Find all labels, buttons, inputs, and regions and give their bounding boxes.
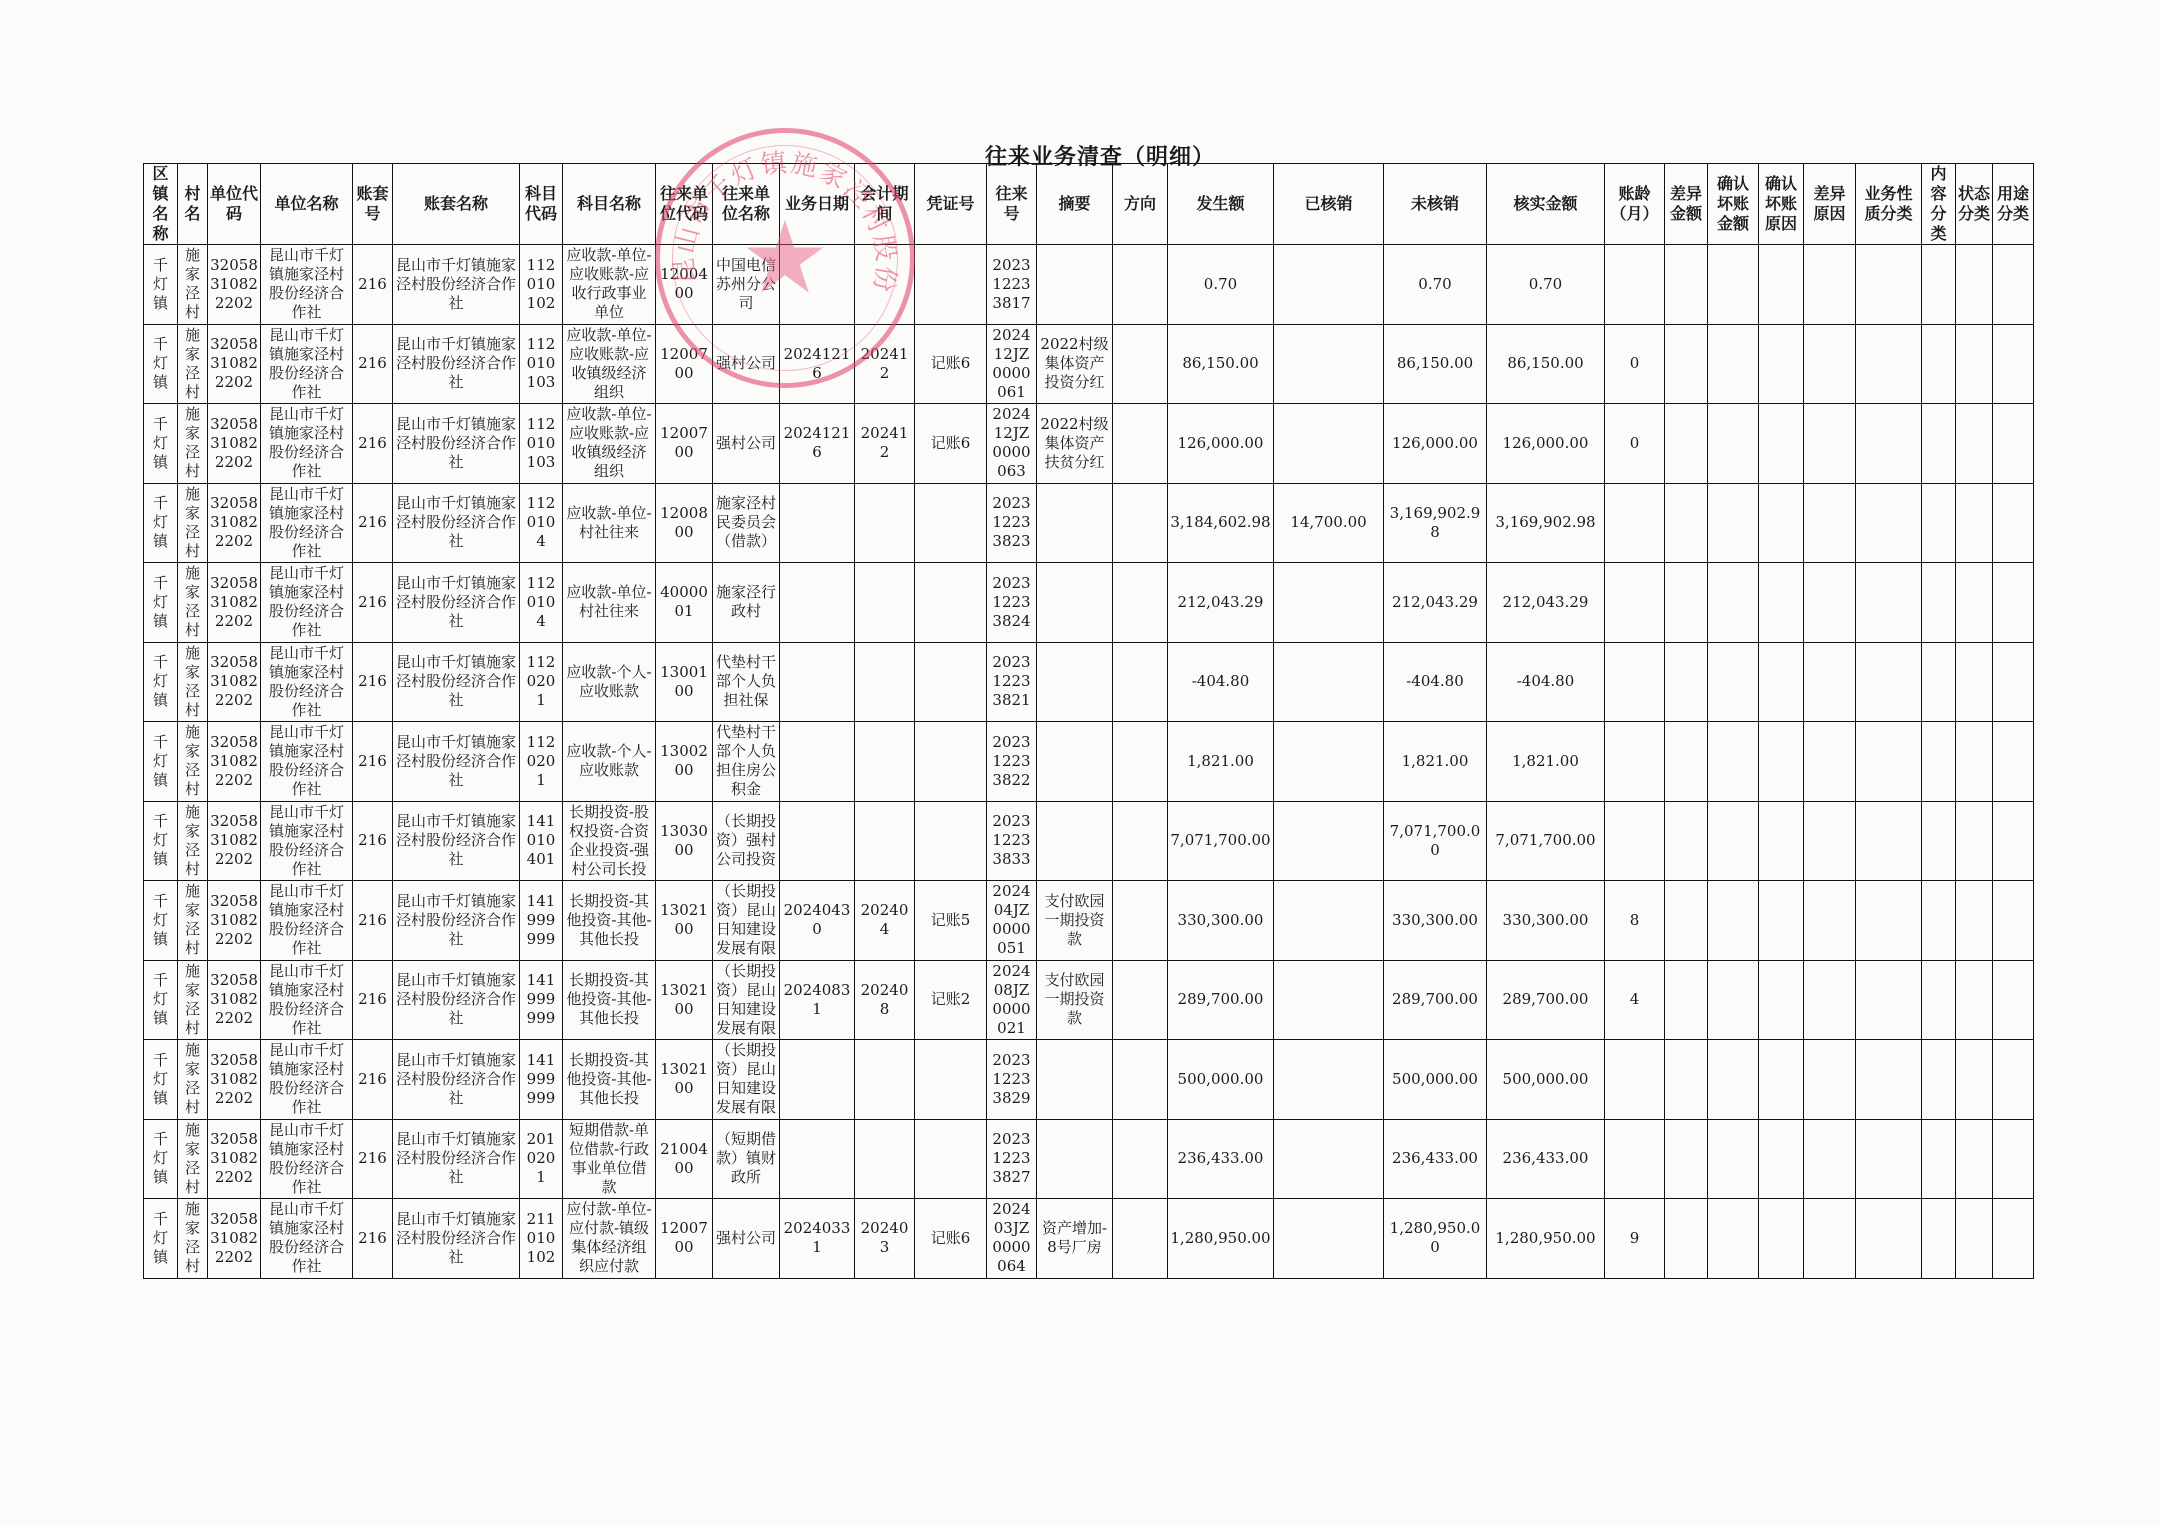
table-cell bbox=[1037, 722, 1113, 802]
table-cell: 1300100 bbox=[656, 642, 713, 722]
column-header: 发生额 bbox=[1168, 164, 1274, 245]
table-cell: 昆山市千灯镇施家泾村股份经济合作社 bbox=[261, 960, 353, 1040]
table-cell bbox=[915, 642, 987, 722]
table-cell bbox=[1856, 404, 1922, 484]
table-cell bbox=[1665, 563, 1708, 643]
table-cell bbox=[1922, 881, 1956, 961]
table-cell bbox=[1922, 1119, 1956, 1199]
table-cell: 32058310822202 bbox=[208, 960, 261, 1040]
table-cell: 202312233821 bbox=[987, 642, 1037, 722]
table-cell bbox=[1804, 404, 1856, 484]
table-cell: 代垫村干部个人负担住房公积金 bbox=[713, 722, 780, 802]
table-cell: 昆山市千灯镇施家泾村股份经济合作社 bbox=[261, 1119, 353, 1199]
table-cell bbox=[1665, 881, 1708, 961]
table-cell bbox=[1856, 483, 1922, 563]
table-cell: 32058310822202 bbox=[208, 324, 261, 404]
table-cell bbox=[1274, 324, 1384, 404]
table-cell: 7,071,700.00 bbox=[1384, 801, 1487, 881]
table-cell: 1302100 bbox=[656, 881, 713, 961]
table-cell: 昆山市千灯镇施家泾村股份经济合作社 bbox=[393, 1119, 520, 1199]
table-cell: 2022村级集体资产扶贫分红 bbox=[1037, 404, 1113, 484]
table-cell: 1120104 bbox=[520, 483, 563, 563]
table-cell bbox=[1605, 1040, 1665, 1120]
table-cell: 202408JZ0000021 bbox=[987, 960, 1037, 1040]
table-cell: 2100400 bbox=[656, 1119, 713, 1199]
table-row: 千灯镇施家泾村32058310822202昆山市千灯镇施家泾村股份经济合作社21… bbox=[144, 801, 2034, 881]
table-cell bbox=[1605, 483, 1665, 563]
table-cell bbox=[780, 1119, 855, 1199]
table-cell bbox=[1856, 1040, 1922, 1120]
table-cell bbox=[1708, 642, 1759, 722]
table-cell bbox=[1856, 722, 1922, 802]
table-cell: 昆山市千灯镇施家泾村股份经济合作社 bbox=[261, 245, 353, 325]
table-cell bbox=[1922, 801, 1956, 881]
column-header: 区镇名称 bbox=[144, 164, 178, 245]
table-row: 千灯镇施家泾村32058310822202昆山市千灯镇施家泾村股份经济合作社21… bbox=[144, 563, 2034, 643]
column-header: 确认坏账原因 bbox=[1759, 164, 1804, 245]
table-cell bbox=[1956, 483, 1993, 563]
table-cell: 千灯镇 bbox=[144, 404, 178, 484]
table-cell: 216 bbox=[353, 324, 393, 404]
table-cell: 昆山市千灯镇施家泾村股份经济合作社 bbox=[261, 642, 353, 722]
table-cell bbox=[1665, 642, 1708, 722]
table-cell: -404.80 bbox=[1384, 642, 1487, 722]
table-cell: 202312233823 bbox=[987, 483, 1037, 563]
table-cell bbox=[1993, 1040, 2034, 1120]
table-cell bbox=[1804, 483, 1856, 563]
table-cell bbox=[1922, 1199, 1956, 1279]
table-cell bbox=[915, 245, 987, 325]
table-cell bbox=[1274, 1199, 1384, 1279]
table-cell bbox=[1605, 245, 1665, 325]
table-cell bbox=[1759, 642, 1804, 722]
table-cell: 1,280,950.00 bbox=[1487, 1199, 1605, 1279]
table-cell bbox=[1956, 642, 1993, 722]
table-cell: 昆山市千灯镇施家泾村股份经济合作社 bbox=[393, 801, 520, 881]
table-cell: 500,000.00 bbox=[1487, 1040, 1605, 1120]
table-cell: 500,000.00 bbox=[1168, 1040, 1274, 1120]
table-row: 千灯镇施家泾村32058310822202昆山市千灯镇施家泾村股份经济合作社21… bbox=[144, 1199, 2034, 1279]
table-cell bbox=[1993, 642, 2034, 722]
column-header: 科目代码 bbox=[520, 164, 563, 245]
table-cell: 昆山市千灯镇施家泾村股份经济合作社 bbox=[261, 801, 353, 881]
table-cell bbox=[1922, 404, 1956, 484]
table-cell: 应收款-单位-应收账款-应收镇级经济组织 bbox=[563, 404, 656, 484]
table-cell: 1200700 bbox=[656, 324, 713, 404]
table-cell: 昆山市千灯镇施家泾村股份经济合作社 bbox=[393, 324, 520, 404]
table-cell bbox=[1605, 642, 1665, 722]
table-cell: 126,000.00 bbox=[1168, 404, 1274, 484]
table-cell bbox=[780, 563, 855, 643]
table-cell bbox=[1037, 801, 1113, 881]
table-cell bbox=[1856, 642, 1922, 722]
table-cell: 212,043.29 bbox=[1487, 563, 1605, 643]
table-cell: 应收款-单位-村社往来 bbox=[563, 483, 656, 563]
table-cell: （短期借款）镇财政所 bbox=[713, 1119, 780, 1199]
table-cell bbox=[1993, 324, 2034, 404]
table-cell: 应收款-个人-应收账款 bbox=[563, 642, 656, 722]
table-header-row: 区镇名称村名单位代码单位名称账套号账套名称科目代码科目名称往来单位代码往来单位名… bbox=[144, 164, 2034, 245]
table-cell: 216 bbox=[353, 563, 393, 643]
table-cell bbox=[1804, 563, 1856, 643]
table-cell bbox=[1708, 801, 1759, 881]
table-cell: 216 bbox=[353, 960, 393, 1040]
table-row: 千灯镇施家泾村32058310822202昆山市千灯镇施家泾村股份经济合作社21… bbox=[144, 722, 2034, 802]
table-cell bbox=[1665, 722, 1708, 802]
column-header: 状态分类 bbox=[1956, 164, 1993, 245]
table-row: 千灯镇施家泾村32058310822202昆山市千灯镇施家泾村股份经济合作社21… bbox=[144, 404, 2034, 484]
table-cell: 千灯镇 bbox=[144, 563, 178, 643]
table-row: 千灯镇施家泾村32058310822202昆山市千灯镇施家泾村股份经济合作社21… bbox=[144, 642, 2034, 722]
table-cell: 1120201 bbox=[520, 722, 563, 802]
table-cell: 202404JZ0000051 bbox=[987, 881, 1037, 961]
table-cell bbox=[1708, 1040, 1759, 1120]
table-cell bbox=[1113, 324, 1168, 404]
table-cell bbox=[1708, 722, 1759, 802]
table-cell: 212,043.29 bbox=[1384, 563, 1487, 643]
table-cell bbox=[1665, 404, 1708, 484]
table-cell: 0.70 bbox=[1168, 245, 1274, 325]
table-cell: 0 bbox=[1605, 404, 1665, 484]
table-cell bbox=[1922, 324, 1956, 404]
table-cell: 202408 bbox=[855, 960, 915, 1040]
table-cell: 千灯镇 bbox=[144, 881, 178, 961]
table-cell bbox=[1856, 960, 1922, 1040]
table-cell: 216 bbox=[353, 1119, 393, 1199]
table-cell: 昆山市千灯镇施家泾村股份经济合作社 bbox=[393, 642, 520, 722]
table-cell: 4000001 bbox=[656, 563, 713, 643]
table-cell bbox=[1665, 1040, 1708, 1120]
table-cell: 1,280,950.00 bbox=[1384, 1199, 1487, 1279]
table-cell bbox=[1274, 960, 1384, 1040]
table-cell bbox=[780, 483, 855, 563]
table-cell: 3,184,602.98 bbox=[1168, 483, 1274, 563]
table-cell bbox=[1708, 324, 1759, 404]
table-cell: 202403JZ0000064 bbox=[987, 1199, 1037, 1279]
column-header: 凭证号 bbox=[915, 164, 987, 245]
table-cell: 记账6 bbox=[915, 1199, 987, 1279]
table-cell: 2010201 bbox=[520, 1119, 563, 1199]
table-cell bbox=[1956, 960, 1993, 1040]
table-cell bbox=[1956, 722, 1993, 802]
table-cell bbox=[1956, 1199, 1993, 1279]
table-cell: 昆山市千灯镇施家泾村股份经济合作社 bbox=[393, 722, 520, 802]
table-cell bbox=[1665, 801, 1708, 881]
table-cell bbox=[1708, 1199, 1759, 1279]
table-cell: 3,169,902.98 bbox=[1384, 483, 1487, 563]
column-header: 用途分类 bbox=[1993, 164, 2034, 245]
table-cell: 应收款-单位-应收账款-应收镇级经济组织 bbox=[563, 324, 656, 404]
table-cell bbox=[915, 563, 987, 643]
table-cell bbox=[1665, 324, 1708, 404]
table-cell: 施家泾村 bbox=[178, 960, 208, 1040]
table-cell bbox=[915, 722, 987, 802]
table-cell: 32058310822202 bbox=[208, 404, 261, 484]
table-cell bbox=[1993, 245, 2034, 325]
table-cell bbox=[855, 722, 915, 802]
table-cell: 202412JZ0000061 bbox=[987, 324, 1037, 404]
table-cell: 32058310822202 bbox=[208, 483, 261, 563]
table-cell: 330,300.00 bbox=[1384, 881, 1487, 961]
table-cell bbox=[1993, 960, 2034, 1040]
table-cell: 千灯镇 bbox=[144, 1119, 178, 1199]
table-cell: 施家泾村 bbox=[178, 324, 208, 404]
column-header: 已核销 bbox=[1274, 164, 1384, 245]
table-cell bbox=[1956, 404, 1993, 484]
table-cell bbox=[1274, 642, 1384, 722]
table-cell bbox=[1993, 801, 2034, 881]
table-cell bbox=[1804, 801, 1856, 881]
table-cell: （长期投资）昆山日知建设发展有限 bbox=[713, 881, 780, 961]
table-cell: 千灯镇 bbox=[144, 801, 178, 881]
table-cell: 施家泾村 bbox=[178, 722, 208, 802]
table-cell bbox=[1993, 881, 2034, 961]
table-cell bbox=[1956, 324, 1993, 404]
table-cell bbox=[1804, 722, 1856, 802]
table-cell: 昆山市千灯镇施家泾村股份经济合作社 bbox=[393, 1040, 520, 1120]
column-header: 确认坏账金额 bbox=[1708, 164, 1759, 245]
table-cell: 昆山市千灯镇施家泾村股份经济合作社 bbox=[393, 245, 520, 325]
table-cell bbox=[1113, 1040, 1168, 1120]
table-cell bbox=[915, 1040, 987, 1120]
table-cell: 202312233824 bbox=[987, 563, 1037, 643]
table-cell: 1303000 bbox=[656, 801, 713, 881]
table-cell bbox=[1922, 960, 1956, 1040]
table-cell bbox=[915, 1119, 987, 1199]
table-cell bbox=[1708, 881, 1759, 961]
table-cell: 强村公司 bbox=[713, 1199, 780, 1279]
table-cell bbox=[1113, 1199, 1168, 1279]
table-cell bbox=[1759, 801, 1804, 881]
table-cell bbox=[1759, 483, 1804, 563]
table-cell: 20240831 bbox=[780, 960, 855, 1040]
table-cell bbox=[1037, 642, 1113, 722]
table-cell: 1200700 bbox=[656, 404, 713, 484]
table-cell bbox=[1274, 404, 1384, 484]
table-cell bbox=[1804, 245, 1856, 325]
table-cell bbox=[1708, 1119, 1759, 1199]
table-cell: 昆山市千灯镇施家泾村股份经济合作社 bbox=[261, 563, 353, 643]
table-cell: -404.80 bbox=[1168, 642, 1274, 722]
table-cell: 236,433.00 bbox=[1168, 1119, 1274, 1199]
table-cell bbox=[1708, 563, 1759, 643]
table-cell: 长期投资-其他投资-其他-其他长投 bbox=[563, 881, 656, 961]
table-cell bbox=[1037, 1040, 1113, 1120]
table-cell bbox=[1113, 801, 1168, 881]
table-cell: 202312233829 bbox=[987, 1040, 1037, 1120]
table-cell: 289,700.00 bbox=[1384, 960, 1487, 1040]
table-cell bbox=[1708, 483, 1759, 563]
table-cell: 千灯镇 bbox=[144, 960, 178, 1040]
column-header: 内容分类 bbox=[1922, 164, 1956, 245]
table-cell bbox=[780, 1040, 855, 1120]
table-cell bbox=[1665, 1119, 1708, 1199]
table-cell: 216 bbox=[353, 642, 393, 722]
table-cell: 短期借款-单位借款-行政事业单位借款 bbox=[563, 1119, 656, 1199]
table-cell bbox=[1759, 960, 1804, 1040]
table-cell bbox=[780, 642, 855, 722]
table-cell bbox=[1993, 404, 2034, 484]
table-cell: 32058310822202 bbox=[208, 722, 261, 802]
table-cell: 141010401 bbox=[520, 801, 563, 881]
table-cell: 1302100 bbox=[656, 1040, 713, 1120]
table-cell: 216 bbox=[353, 881, 393, 961]
table-cell bbox=[1993, 1119, 2034, 1199]
table-cell bbox=[855, 245, 915, 325]
table-cell: 记账5 bbox=[915, 881, 987, 961]
table-cell bbox=[1605, 563, 1665, 643]
table-cell: 应收款-单位-村社往来 bbox=[563, 563, 656, 643]
table-cell bbox=[1856, 801, 1922, 881]
table-cell bbox=[1804, 881, 1856, 961]
column-header: 摘要 bbox=[1037, 164, 1113, 245]
table-cell: 289,700.00 bbox=[1487, 960, 1605, 1040]
table-cell bbox=[1804, 1040, 1856, 1120]
table-cell bbox=[780, 801, 855, 881]
table-cell: 1,821.00 bbox=[1487, 722, 1605, 802]
table-cell: 1200400 bbox=[656, 245, 713, 325]
table-cell bbox=[1113, 483, 1168, 563]
column-header: 科目名称 bbox=[563, 164, 656, 245]
table-cell: 1,821.00 bbox=[1384, 722, 1487, 802]
table-cell: （长期投资）昆山日知建设发展有限 bbox=[713, 960, 780, 1040]
table-cell bbox=[1113, 563, 1168, 643]
table-cell: 1120201 bbox=[520, 642, 563, 722]
table-cell bbox=[1113, 881, 1168, 961]
column-header: 往来单位代码 bbox=[656, 164, 713, 245]
table-cell: 202412JZ0000063 bbox=[987, 404, 1037, 484]
table-cell bbox=[1993, 563, 2034, 643]
table-cell: 施家泾村 bbox=[178, 642, 208, 722]
table-cell: 施家泾村 bbox=[178, 881, 208, 961]
table-cell: 202404 bbox=[855, 881, 915, 961]
table-cell: 中国电信苏州分公司 bbox=[713, 245, 780, 325]
table-cell bbox=[1274, 1119, 1384, 1199]
table-cell: 20241216 bbox=[780, 404, 855, 484]
table-cell: 昆山市千灯镇施家泾村股份经济合作社 bbox=[261, 404, 353, 484]
table-cell bbox=[1665, 960, 1708, 1040]
table-body: 千灯镇施家泾村32058310822202昆山市千灯镇施家泾村股份经济合作社21… bbox=[144, 245, 2034, 1279]
table-cell: 1200800 bbox=[656, 483, 713, 563]
table-cell: 236,433.00 bbox=[1384, 1119, 1487, 1199]
table-cell bbox=[1922, 245, 1956, 325]
table-cell: 211010102 bbox=[520, 1199, 563, 1279]
table-cell: 施家泾村民委员会（借款） bbox=[713, 483, 780, 563]
table-cell: 216 bbox=[353, 1040, 393, 1120]
table-cell: 289,700.00 bbox=[1168, 960, 1274, 1040]
table-cell: 32058310822202 bbox=[208, 563, 261, 643]
table-cell: 202312233827 bbox=[987, 1119, 1037, 1199]
table-cell bbox=[1956, 1040, 1993, 1120]
table-cell: 4 bbox=[1605, 960, 1665, 1040]
table-cell: 支付欧园一期投资款 bbox=[1037, 881, 1113, 961]
table-cell: 7,071,700.00 bbox=[1168, 801, 1274, 881]
table-cell bbox=[1922, 563, 1956, 643]
column-header: 差异金额 bbox=[1665, 164, 1708, 245]
table-cell bbox=[1993, 1199, 2034, 1279]
table-cell bbox=[1759, 1119, 1804, 1199]
table-cell bbox=[1708, 960, 1759, 1040]
column-header: 差异原因 bbox=[1804, 164, 1856, 245]
table-cell bbox=[1113, 245, 1168, 325]
table-row: 千灯镇施家泾村32058310822202昆山市千灯镇施家泾村股份经济合作社21… bbox=[144, 483, 2034, 563]
table-cell: 112010102 bbox=[520, 245, 563, 325]
table-cell bbox=[1804, 960, 1856, 1040]
column-header: 方向 bbox=[1113, 164, 1168, 245]
column-header: 账套名称 bbox=[393, 164, 520, 245]
table-row: 千灯镇施家泾村32058310822202昆山市千灯镇施家泾村股份经济合作社21… bbox=[144, 324, 2034, 404]
table-cell bbox=[915, 483, 987, 563]
table-cell bbox=[1113, 404, 1168, 484]
table-cell bbox=[1037, 563, 1113, 643]
table-cell: 昆山市千灯镇施家泾村股份经济合作社 bbox=[261, 1199, 353, 1279]
table-cell bbox=[1037, 483, 1113, 563]
table-cell: 昆山市千灯镇施家泾村股份经济合作社 bbox=[261, 1040, 353, 1120]
table-cell bbox=[1113, 722, 1168, 802]
column-header: 业务日期 bbox=[780, 164, 855, 245]
table-cell bbox=[1856, 563, 1922, 643]
table-cell bbox=[1037, 1119, 1113, 1199]
table-cell bbox=[915, 801, 987, 881]
table-cell: 216 bbox=[353, 404, 393, 484]
table-cell: 昆山市千灯镇施家泾村股份经济合作社 bbox=[393, 960, 520, 1040]
table-cell bbox=[1037, 245, 1113, 325]
table-cell bbox=[1759, 1040, 1804, 1120]
table-cell: 昆山市千灯镇施家泾村股份经济合作社 bbox=[393, 881, 520, 961]
table-cell bbox=[1804, 642, 1856, 722]
table-cell: 支付欧园一期投资款 bbox=[1037, 960, 1113, 1040]
table-cell bbox=[1804, 324, 1856, 404]
table-cell: 126,000.00 bbox=[1487, 404, 1605, 484]
table-cell: 千灯镇 bbox=[144, 1199, 178, 1279]
table-cell: 2022村级集体资产投资分红 bbox=[1037, 324, 1113, 404]
column-header: 业务性质分类 bbox=[1856, 164, 1922, 245]
table-cell: 32058310822202 bbox=[208, 1119, 261, 1199]
table-cell: 资产增加-8号厂房 bbox=[1037, 1199, 1113, 1279]
table-cell: 千灯镇 bbox=[144, 642, 178, 722]
table-cell: 216 bbox=[353, 245, 393, 325]
table-cell bbox=[1605, 722, 1665, 802]
table-cell: 应收款-个人-应收账款 bbox=[563, 722, 656, 802]
table-cell: 330,300.00 bbox=[1487, 881, 1605, 961]
table-cell: 20240430 bbox=[780, 881, 855, 961]
table-cell: 202312233817 bbox=[987, 245, 1037, 325]
column-header: 账龄（月） bbox=[1605, 164, 1665, 245]
table-cell bbox=[780, 245, 855, 325]
table-cell: 32058310822202 bbox=[208, 881, 261, 961]
column-header: 未核销 bbox=[1384, 164, 1487, 245]
table-cell: 236,433.00 bbox=[1487, 1119, 1605, 1199]
reconciliation-table: 区镇名称村名单位代码单位名称账套号账套名称科目代码科目名称往来单位代码往来单位名… bbox=[143, 163, 2034, 1279]
table-cell: 1200700 bbox=[656, 1199, 713, 1279]
table-cell: 强村公司 bbox=[713, 404, 780, 484]
table-cell: 141999999 bbox=[520, 881, 563, 961]
table-cell bbox=[1956, 245, 1993, 325]
table-cell: 记账6 bbox=[915, 404, 987, 484]
table-cell: （长期投资）强村公司投资 bbox=[713, 801, 780, 881]
table-cell bbox=[1804, 1199, 1856, 1279]
table-cell: 0.70 bbox=[1487, 245, 1605, 325]
table-row: 千灯镇施家泾村32058310822202昆山市千灯镇施家泾村股份经济合作社21… bbox=[144, 1119, 2034, 1199]
table-cell bbox=[1274, 245, 1384, 325]
table-cell bbox=[1708, 404, 1759, 484]
table-cell: 施家泾村 bbox=[178, 404, 208, 484]
table-cell bbox=[1274, 801, 1384, 881]
table-cell: 1,280,950.00 bbox=[1168, 1199, 1274, 1279]
table-cell bbox=[1274, 722, 1384, 802]
table-cell bbox=[780, 722, 855, 802]
table-cell: 昆山市千灯镇施家泾村股份经济合作社 bbox=[261, 324, 353, 404]
